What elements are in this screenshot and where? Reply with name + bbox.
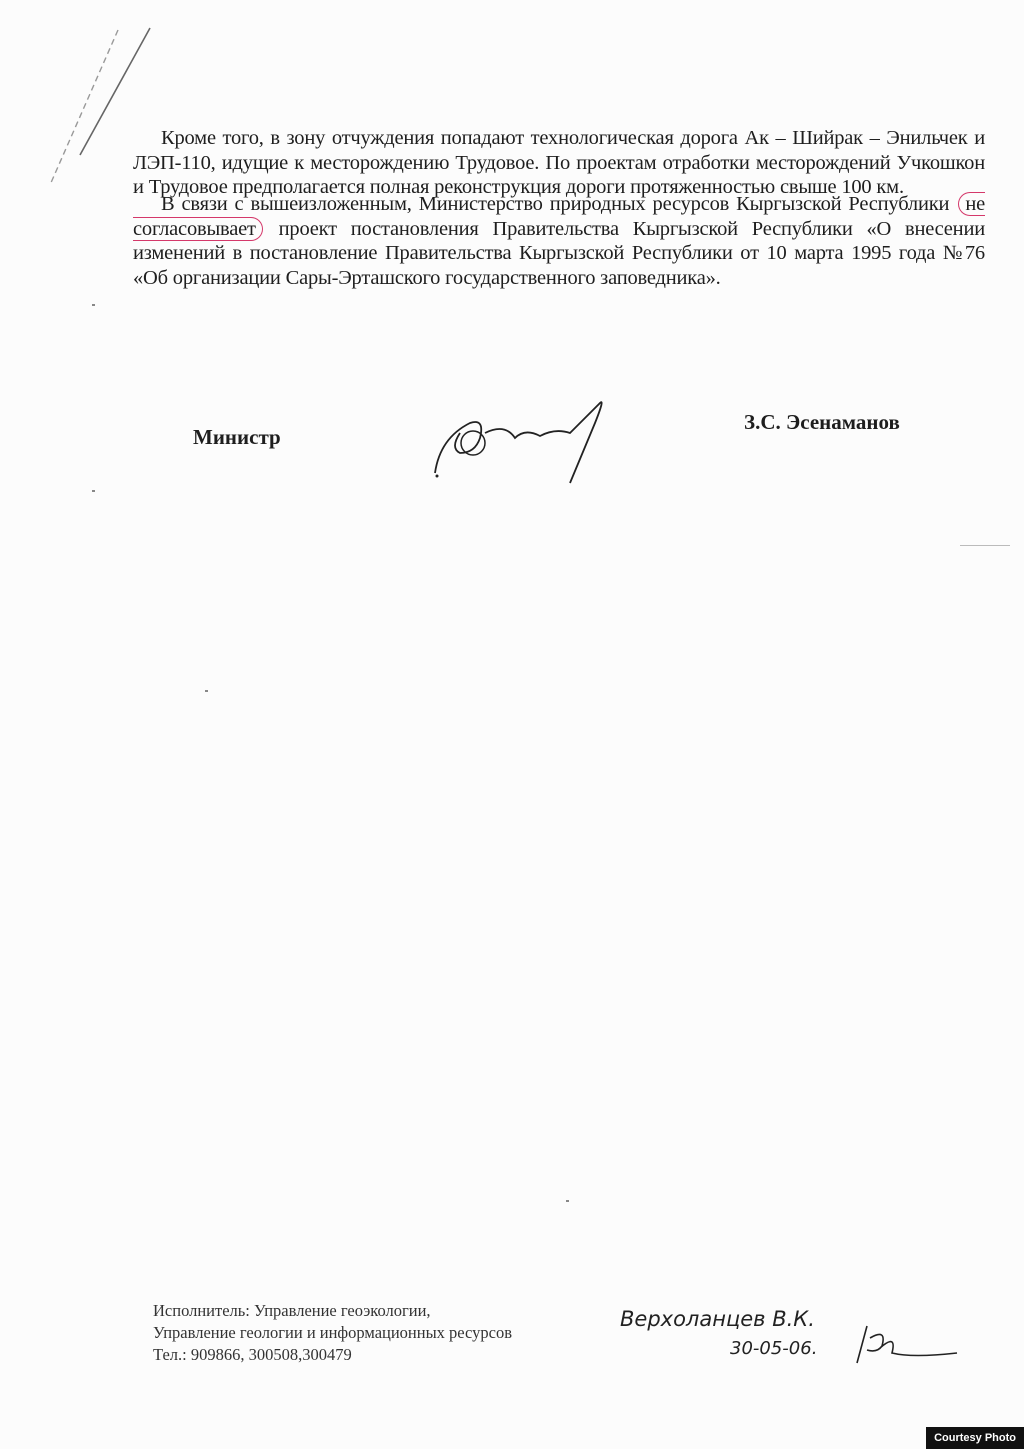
scan-speck [205, 690, 208, 692]
scan-speck [92, 304, 95, 306]
handwritten-name: Верхоланцев В.К. [620, 1303, 815, 1335]
paragraph-text-start: В связи с вышеизложенным, Министерство п… [161, 193, 949, 215]
body-paragraph-2: В связи с вышеизложенным, Министерство п… [133, 192, 985, 290]
executor-line-2: Управление геологии и информационных рес… [153, 1322, 512, 1344]
paragraph-text: Кроме того, в зону отчуждения попадают т… [133, 126, 985, 200]
executor-line-1: Исполнитель: Управление геоэкологии, [153, 1300, 512, 1322]
signature-icon [425, 398, 625, 488]
handwritten-date: 30-05-06. [730, 1338, 817, 1359]
scan-speck [92, 490, 95, 492]
body-paragraph-1: Кроме того, в зону отчуждения попадают т… [133, 126, 985, 200]
initials-signature-icon [852, 1318, 962, 1368]
executor-info: Исполнитель: Управление геоэкологии, Упр… [153, 1300, 512, 1366]
signatory-role: Министр [193, 425, 281, 450]
scan-speck [960, 545, 1010, 546]
executor-phone: Тел.: 909866, 300508,300479 [153, 1344, 512, 1366]
photo-credit: Courtesy Photo [926, 1427, 1024, 1449]
scanned-document-page: Кроме того, в зону отчуждения попадают т… [0, 0, 1024, 1449]
signatory-name: З.С. Эсенаманов [744, 410, 900, 435]
scan-speck [566, 1200, 569, 1202]
signature-block: Министр З.С. Эсенаманов [0, 420, 1024, 480]
